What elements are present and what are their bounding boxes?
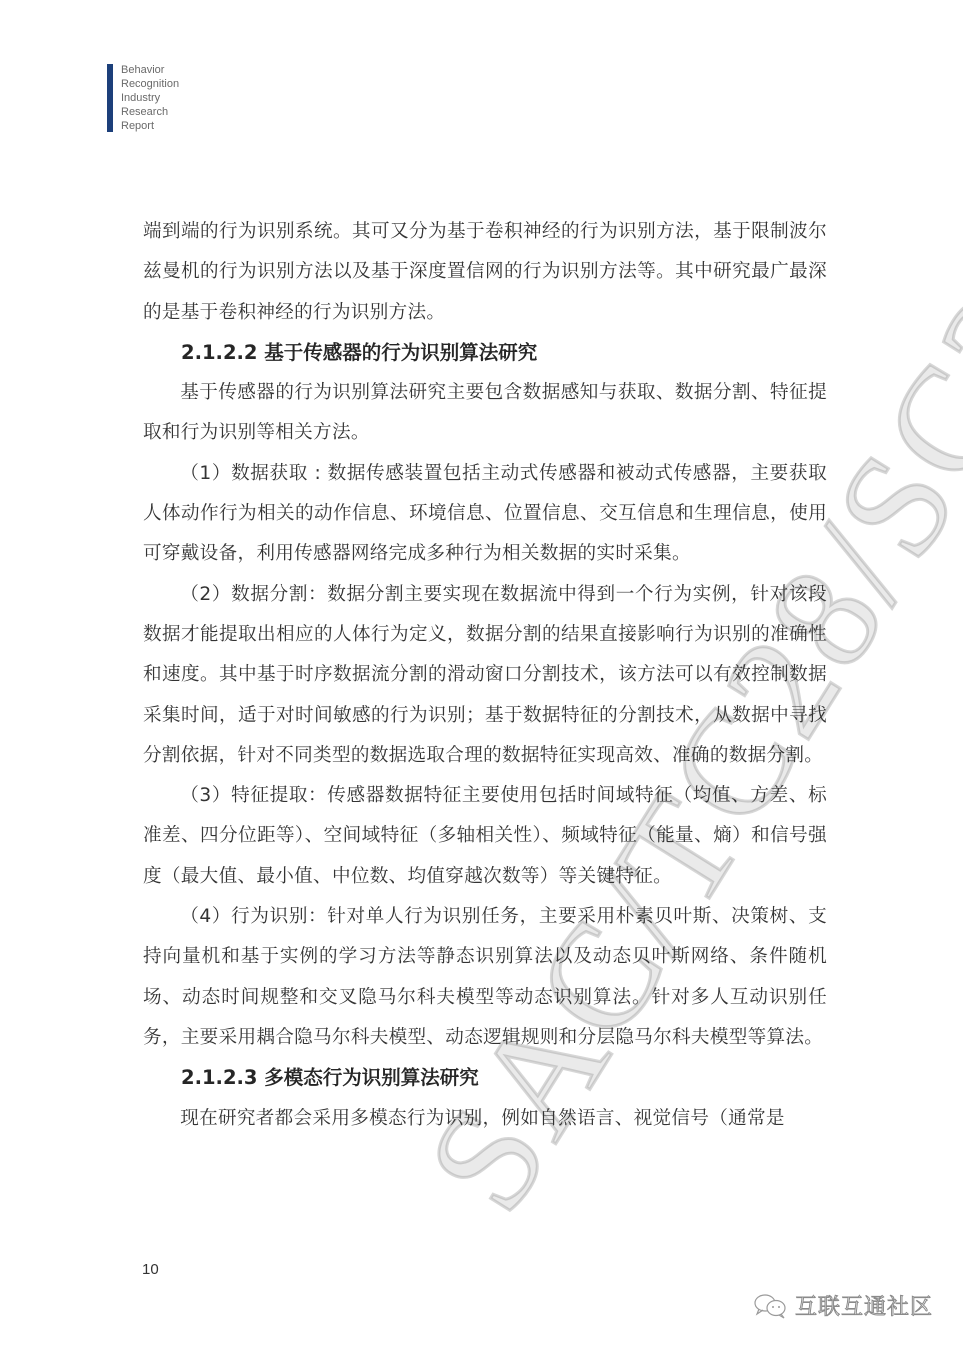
header-title: Behavior Recognition Industry Research R…: [121, 63, 179, 132]
section-heading-2-1-2-2: 2.1.2.2 基于传感器的行为识别算法研究: [143, 333, 827, 373]
header-line: Behavior: [121, 63, 179, 77]
paragraph-multimodal: 现在研究者都会采用多模态行为识别，例如自然语言、视觉信号（通常是: [143, 1099, 827, 1139]
paragraph-item-2: （2）数据分割：数据分割主要实现在数据流中得到一个行为实例，针对该段数据才能提取…: [143, 575, 827, 776]
header-accent-bar: [107, 64, 113, 132]
brand-name: 互联互通社区: [795, 1290, 933, 1321]
brand-watermark: 互联互通社区: [753, 1290, 933, 1321]
header-line: Recognition: [121, 77, 179, 91]
section-heading-2-1-2-3: 2.1.2.3 多模态行为识别算法研究: [143, 1058, 827, 1098]
header-line: Industry: [121, 91, 179, 105]
paragraph-item-3: （3）特征提取：传感器数据特征主要使用包括时间域特征（均值、方差、标准差、四分位…: [143, 776, 827, 897]
paragraph-sensor-intro: 基于传感器的行为识别算法研究主要包含数据感知与获取、数据分割、特征提取和行为识别…: [143, 373, 827, 454]
paragraph-intro: 端到端的行为识别系统。其可又分为基于卷积神经的行为识别方法，基于限制波尔兹曼机的…: [143, 212, 827, 333]
wechat-icon: [753, 1292, 789, 1320]
header-line: Research: [121, 105, 179, 119]
page-number: 10: [142, 1261, 159, 1278]
header-line: Report: [121, 119, 179, 133]
report-header: Behavior Recognition Industry Research R…: [107, 64, 179, 132]
paragraph-item-1: （1）数据获取 : 数据传感装置包括主动式传感器和被动式传感器，主要获取人体动作…: [143, 454, 827, 575]
document-body: 端到端的行为识别系统。其可又分为基于卷积神经的行为识别方法，基于限制波尔兹曼机的…: [143, 212, 827, 1139]
paragraph-item-4: （4）行为识别：针对单人行为识别任务，主要采用朴素贝叶斯、决策树、支持向量机和基…: [143, 897, 827, 1058]
